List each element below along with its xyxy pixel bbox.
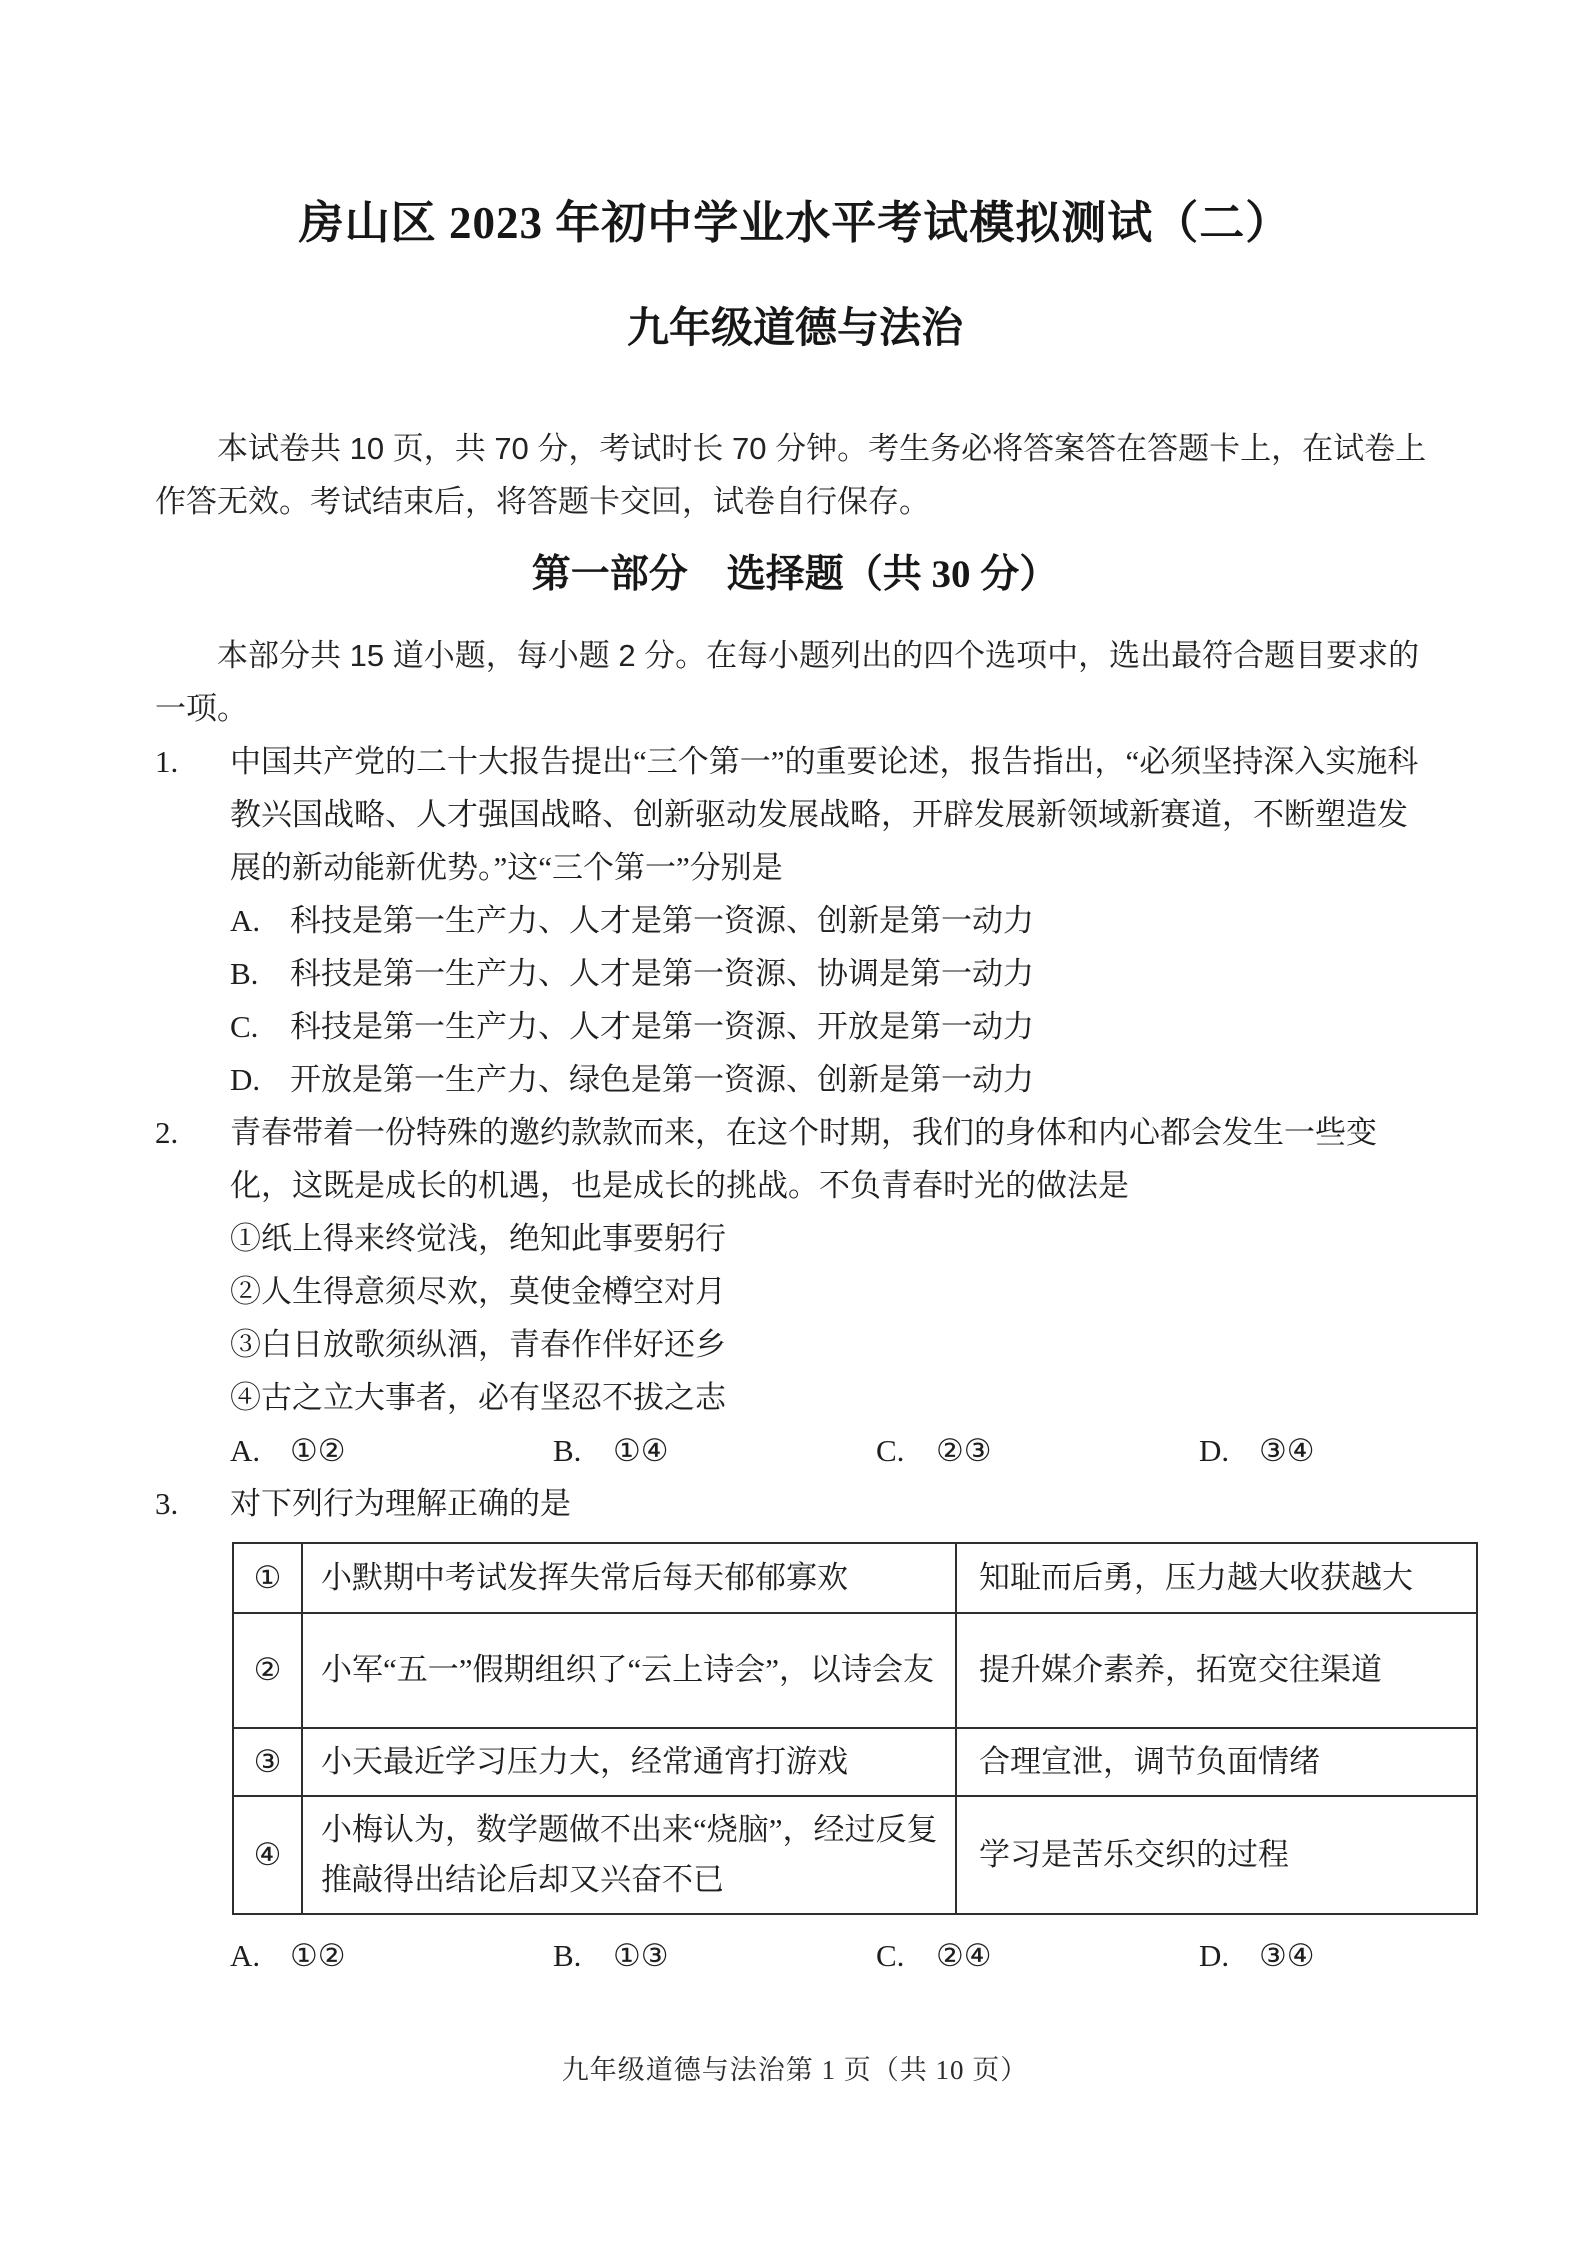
option-text: ①② bbox=[290, 1433, 346, 1468]
part1-instruction: 本部分共 15 道小题，每小题 2 分。在每小题列出的四个选项中，选出最符合题目… bbox=[155, 629, 1435, 735]
option-text: 科技是第一生产力、人才是第一资源、开放是第一动力 bbox=[290, 1009, 1034, 1044]
page-footer: 九年级道德与法治第 1 页（共 10 页） bbox=[155, 2048, 1435, 2087]
option-label: D. bbox=[1199, 1929, 1259, 1982]
option-label: D. bbox=[1199, 1424, 1259, 1477]
table-cell-interpretation: 学习是苦乐交织的过程 bbox=[956, 1796, 1477, 1914]
option-label: C. bbox=[230, 1000, 290, 1053]
option-text: 科技是第一生产力、人才是第一资源、协调是第一动力 bbox=[290, 956, 1034, 991]
question-3: 3. 对下列行为理解正确的是 ① 小默期中考试发挥失常后每天郁郁寡欢 知耻而后勇… bbox=[155, 1477, 1435, 1982]
table-cell-interpretation: 知耻而后勇，压力越大收获越大 bbox=[956, 1543, 1477, 1613]
table-row: ② 小军“五一”假期组织了“云上诗会”，以诗会友 提升媒介素养，拓宽交往渠道 bbox=[233, 1613, 1477, 1728]
question-3-option-d: D.③④ bbox=[1199, 1929, 1315, 1982]
option-text: ②③ bbox=[936, 1433, 992, 1468]
table-cell-behavior: 小默期中考试发挥失常后每天郁郁寡欢 bbox=[302, 1543, 956, 1613]
question-1-option-c: C.科技是第一生产力、人才是第一资源、开放是第一动力 bbox=[230, 1000, 1435, 1053]
question-3-body: 对下列行为理解正确的是 ① 小默期中考试发挥失常后每天郁郁寡欢 知耻而后勇，压力… bbox=[230, 1477, 1478, 1982]
question-1-option-a: A.科技是第一生产力、人才是第一资源、创新是第一动力 bbox=[230, 894, 1435, 947]
option-label: B. bbox=[553, 1929, 613, 1982]
option-label: C. bbox=[876, 1929, 936, 1982]
question-1: 1. 中国共产党的二十大报告提出“三个第一”的重要论述，报告指出，“必须坚持深入… bbox=[155, 735, 1435, 1106]
question-2-stem: 青春带着一份特殊的邀约款款而来，在这个时期，我们的身体和内心都会发生一些变化，这… bbox=[230, 1106, 1435, 1212]
option-label: A. bbox=[230, 1929, 290, 1982]
table-cell-behavior: 小天最近学习压力大，经常通宵打游戏 bbox=[302, 1728, 956, 1796]
question-1-body: 中国共产党的二十大报告提出“三个第一”的重要论述，报告指出，“必须坚持深入实施科… bbox=[230, 735, 1435, 1106]
table-row: ④ 小梅认为，数学题做不出来“烧脑”，经过反复推敲得出结论后却又兴奋不已 学习是… bbox=[233, 1796, 1477, 1914]
question-2-number: 2. bbox=[155, 1106, 230, 1477]
question-2-option-b: B.①④ bbox=[553, 1424, 876, 1477]
option-label: A. bbox=[230, 1424, 290, 1477]
question-1-number: 1. bbox=[155, 735, 230, 1106]
option-text: 科技是第一生产力、人才是第一资源、创新是第一动力 bbox=[290, 903, 1034, 938]
part1-heading: 第一部分 选择题（共 30 分） bbox=[155, 552, 1435, 599]
option-label: A. bbox=[230, 894, 290, 947]
table-row: ③ 小天最近学习压力大，经常通宵打游戏 合理宣泄，调节负面情绪 bbox=[233, 1728, 1477, 1796]
question-3-options: A.①② B.①③ C.②④ D.③④ bbox=[230, 1929, 1478, 1982]
table-cell-interpretation: 合理宣泄，调节负面情绪 bbox=[956, 1728, 1477, 1796]
table-cell-interpretation: 提升媒介素养，拓宽交往渠道 bbox=[956, 1613, 1477, 1728]
question-2-option-d: D.③④ bbox=[1199, 1424, 1315, 1477]
question-2-subitem-2: ②人生得意须尽欢，莫使金樽空对月 bbox=[230, 1265, 1435, 1318]
table-cell-num: ② bbox=[233, 1613, 302, 1728]
question-2: 2. 青春带着一份特殊的邀约款款而来，在这个时期，我们的身体和内心都会发生一些变… bbox=[155, 1106, 1435, 1477]
question-1-option-d: D.开放是第一生产力、绿色是第一资源、创新是第一动力 bbox=[230, 1053, 1435, 1106]
question-2-option-c: C.②③ bbox=[876, 1424, 1199, 1477]
question-3-stem: 对下列行为理解正确的是 bbox=[230, 1477, 1478, 1530]
table-cell-num: ③ bbox=[233, 1728, 302, 1796]
question-3-option-a: A.①② bbox=[230, 1929, 553, 1982]
table-cell-num: ① bbox=[233, 1543, 302, 1613]
table-cell-num: ④ bbox=[233, 1796, 302, 1914]
page-content: 房山区 2023 年初中学业水平考试模拟测试（二） 九年级道德与法治 本试卷共 … bbox=[0, 0, 1587, 2087]
question-3-option-c: C.②④ bbox=[876, 1929, 1199, 1982]
question-2-body: 青春带着一份特殊的邀约款款而来，在这个时期，我们的身体和内心都会发生一些变化，这… bbox=[230, 1106, 1435, 1477]
option-text: ③④ bbox=[1259, 1938, 1315, 1973]
question-3-number: 3. bbox=[155, 1477, 230, 1982]
exam-notice: 本试卷共 10 页，共 70 分，考试时长 70 分钟。考生务必将答案答在答题卡… bbox=[155, 422, 1435, 528]
option-label: B. bbox=[553, 1424, 613, 1477]
question-1-stem: 中国共产党的二十大报告提出“三个第一”的重要论述，报告指出，“必须坚持深入实施科… bbox=[230, 735, 1435, 894]
table-cell-behavior: 小军“五一”假期组织了“云上诗会”，以诗会友 bbox=[302, 1613, 956, 1728]
exam-title: 房山区 2023 年初中学业水平考试模拟测试（二） bbox=[155, 198, 1435, 250]
exam-subject-title: 九年级道德与法治 bbox=[155, 306, 1435, 352]
question-2-subitem-1: ①纸上得来终觉浅，绝知此事要躬行 bbox=[230, 1212, 1435, 1265]
option-label: B. bbox=[230, 947, 290, 1000]
option-label: D. bbox=[230, 1053, 290, 1106]
table-cell-behavior: 小梅认为，数学题做不出来“烧脑”，经过反复推敲得出结论后却又兴奋不已 bbox=[302, 1796, 956, 1914]
question-2-option-a: A.①② bbox=[230, 1424, 553, 1477]
option-text: ②④ bbox=[936, 1938, 992, 1973]
table-row: ① 小默期中考试发挥失常后每天郁郁寡欢 知耻而后勇，压力越大收获越大 bbox=[233, 1543, 1477, 1613]
option-label: C. bbox=[876, 1424, 936, 1477]
question-3-option-b: B.①③ bbox=[553, 1929, 876, 1982]
option-text: 开放是第一生产力、绿色是第一资源、创新是第一动力 bbox=[290, 1062, 1034, 1097]
question-1-option-b: B.科技是第一生产力、人才是第一资源、协调是第一动力 bbox=[230, 947, 1435, 1000]
option-text: ①③ bbox=[613, 1938, 669, 1973]
question-2-subitem-3: ③白日放歌须纵酒，青春作伴好还乡 bbox=[230, 1318, 1435, 1371]
option-text: ①④ bbox=[613, 1433, 669, 1468]
option-text: ①② bbox=[290, 1938, 346, 1973]
question-2-options: A.①② B.①④ C.②③ D.③④ bbox=[230, 1424, 1435, 1477]
question-2-subitem-4: ④古之立大事者，必有坚忍不拔之志 bbox=[230, 1371, 1435, 1424]
option-text: ③④ bbox=[1259, 1433, 1315, 1468]
question-3-table: ① 小默期中考试发挥失常后每天郁郁寡欢 知耻而后勇，压力越大收获越大 ② 小军“… bbox=[232, 1542, 1478, 1915]
exam-paper-page: 房山区 2023 年初中学业水平考试模拟测试（二） 九年级道德与法治 本试卷共 … bbox=[0, 0, 1587, 2245]
